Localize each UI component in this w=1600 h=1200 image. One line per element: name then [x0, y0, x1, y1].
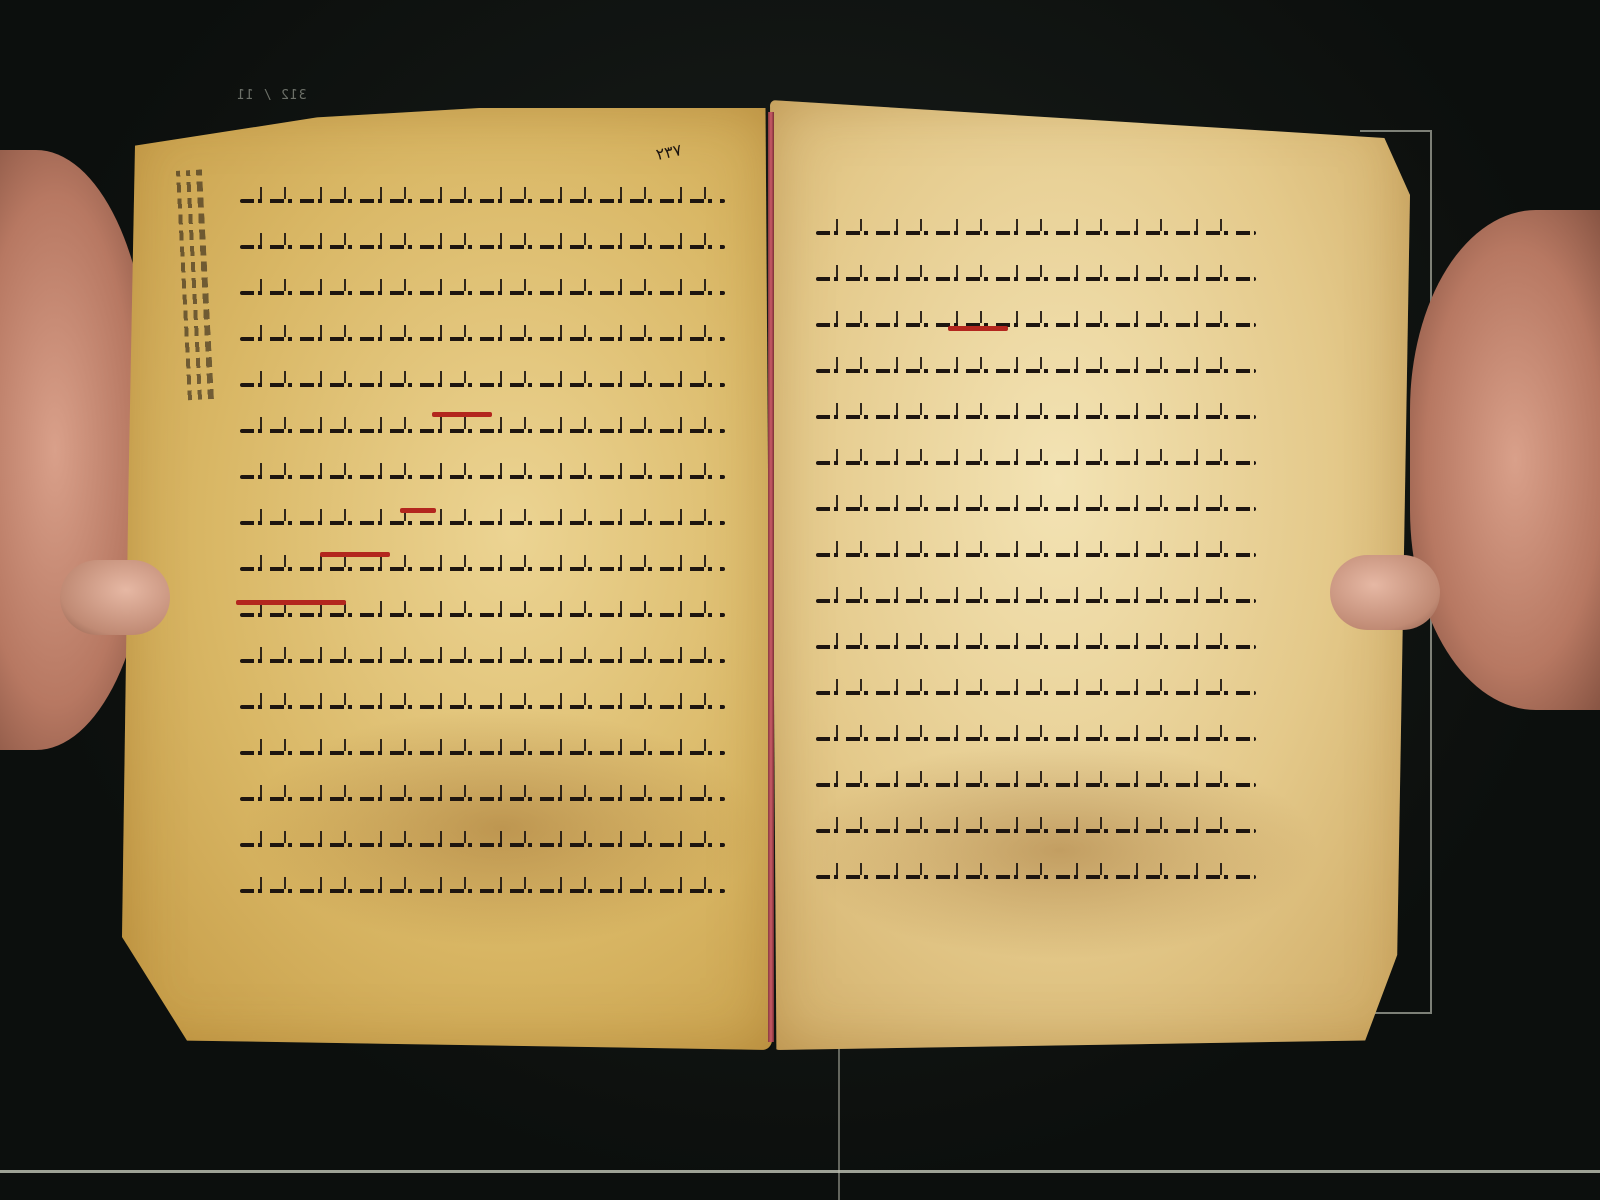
right-thumb — [1330, 555, 1440, 630]
text-line — [816, 302, 1256, 348]
left-thumb — [60, 560, 170, 635]
bottom-guide-line — [0, 1170, 1600, 1173]
text-line — [816, 578, 1256, 624]
center-guide-line — [838, 1040, 840, 1200]
text-line — [816, 440, 1256, 486]
text-line — [240, 362, 725, 408]
text-line — [816, 210, 1256, 256]
text-line — [240, 316, 725, 362]
left-page-text — [240, 178, 725, 914]
text-line — [816, 532, 1256, 578]
shelfmark-label: 312 / 11 — [236, 88, 307, 103]
text-line — [240, 500, 725, 546]
red-rubric-word — [432, 412, 492, 417]
book-spine — [768, 112, 774, 1042]
text-line — [240, 776, 725, 822]
red-rubric-word — [400, 508, 436, 513]
text-line — [240, 684, 725, 730]
red-rubric-word — [320, 552, 390, 557]
text-line — [816, 762, 1256, 808]
text-line — [816, 854, 1256, 900]
text-line — [816, 256, 1256, 302]
text-line — [816, 808, 1256, 854]
text-line — [240, 638, 725, 684]
text-line — [240, 592, 725, 638]
text-line — [240, 730, 725, 776]
red-rubric-word — [236, 600, 346, 605]
text-line — [816, 348, 1256, 394]
right-hand — [1410, 210, 1600, 710]
text-line — [240, 822, 725, 868]
text-line — [816, 670, 1256, 716]
text-line — [240, 454, 725, 500]
text-line — [816, 716, 1256, 762]
text-line — [240, 178, 725, 224]
text-line — [816, 394, 1256, 440]
text-line — [240, 546, 725, 592]
text-line — [816, 486, 1256, 532]
text-line — [240, 270, 725, 316]
red-rubric-word — [948, 326, 1008, 331]
text-line — [240, 868, 725, 914]
right-page-text — [816, 210, 1256, 900]
text-line — [240, 224, 725, 270]
text-line — [816, 624, 1256, 670]
